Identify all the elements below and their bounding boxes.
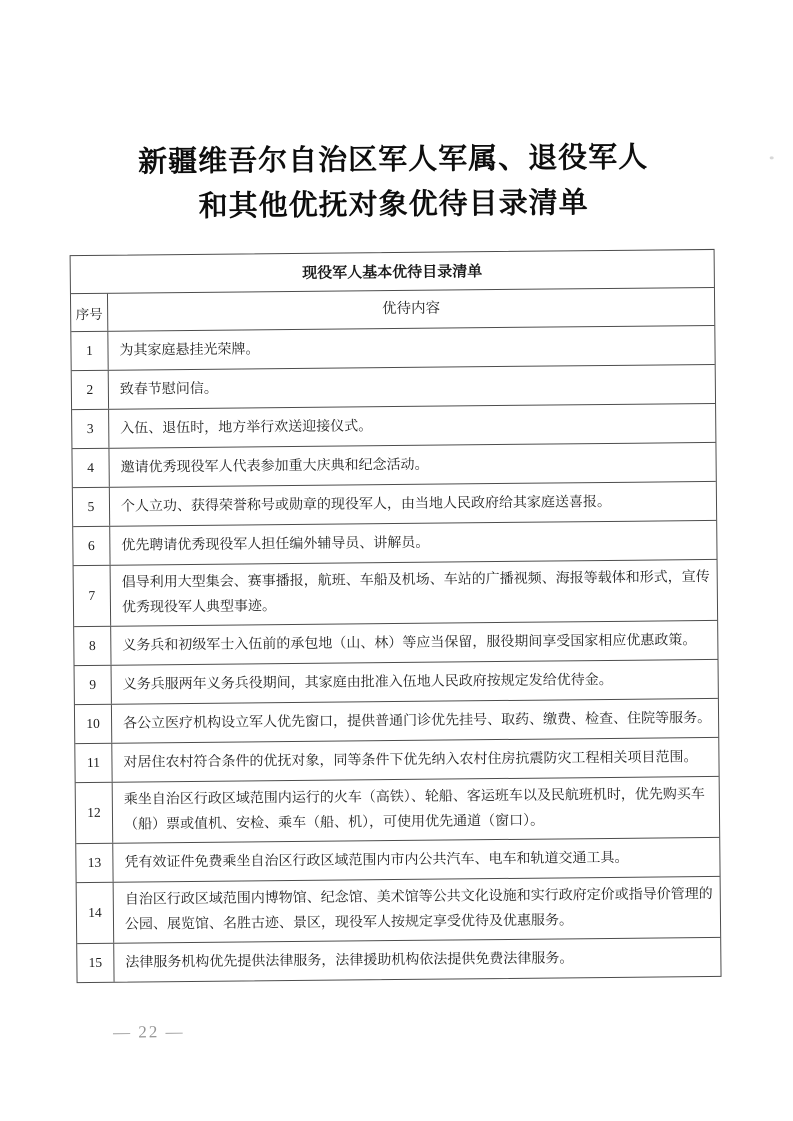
row-content-cell: 倡导利用大型集会、赛事播报，航班、车船及机场、车站的广播视频、海报等载体和形式，… [111, 560, 718, 626]
scanned-sheet: 新疆维吾尔自治区军人军属、退役军人 和其他优抚对象优待目录清单 现役军人基本优待… [0, 0, 793, 1121]
row-number-cell: 2 [72, 371, 109, 409]
row-content-cell: 个人立功、获得荣誉称号或勋章的现役军人，由当地人民政府给其家庭送喜报。 [110, 482, 716, 526]
row-content-cell: 优先聘请优秀现役军人担任编外辅导员、讲解员。 [110, 521, 716, 565]
row-number-cell: 3 [72, 410, 109, 448]
table-row: 13 凭有效证件免费乘坐自治区行政区域范围内市内公共汽车、电车和轨道交通工具。 [76, 837, 719, 882]
document-title-line2: 和其他优抚对象优待目录清单 [0, 179, 790, 232]
table-row: 4 邀请优秀现役军人代表参加重大庆典和纪念活动。 [72, 442, 715, 487]
column-header-no: 序号 [71, 294, 108, 331]
table-row: 14 自治区行政区域范围内博物馆、纪念馆、美术馆等公共文化设施和实行政府定价或指… [77, 876, 721, 943]
row-content-cell: 法律服务机构优先提供法律服务，法律援助机构依法提供免费法律服务。 [114, 938, 720, 982]
row-content-cell: 义务兵服两年义务兵役期间，其家庭由批准入伍地人民政府按规定发给优待金。 [112, 660, 718, 704]
row-content-cell: 自治区行政区域范围内博物馆、纪念馆、美术馆等公共文化设施和实行政府定价或指导价管… [114, 877, 721, 943]
table-row: 3 入伍、退伍时，地方举行欢送迎接仪式。 [72, 403, 715, 448]
row-number-cell: 6 [73, 527, 110, 565]
row-number-cell: 4 [72, 449, 109, 487]
row-number-cell: 8 [74, 627, 111, 665]
row-number-cell: 1 [71, 332, 108, 370]
row-number-cell: 10 [75, 705, 112, 743]
row-number-cell: 15 [77, 944, 114, 982]
row-content-cell: 入伍、退伍时，地方举行欢送迎接仪式。 [109, 404, 715, 448]
table-row: 8 义务兵和初级军士入伍前的承包地（山、林）等应当保留，服役期间享受国家相应优惠… [74, 620, 717, 665]
table-row: 12 乘坐自治区行政区域范围内运行的火车（高铁）、轮船、客运班车以及民航班机时，… [76, 776, 720, 843]
row-number-cell: 11 [75, 744, 112, 782]
table-row: 6 优先聘请优秀现役军人担任编外辅导员、讲解员。 [73, 520, 716, 565]
table-row: 15 法律服务机构优先提供法律服务，法律援助机构依法提供免费法律服务。 [77, 937, 720, 982]
table-row: 2 致春节慰问信。 [72, 364, 715, 409]
row-number-cell: 13 [76, 844, 113, 882]
row-number-cell: 5 [73, 488, 110, 526]
column-header-content: 优待内容 [108, 288, 714, 331]
row-content-cell: 对居住农村符合条件的优抚对象，同等条件下优先纳入农村住房抗震防灾工程相关项目范围… [112, 738, 718, 782]
row-number-cell: 12 [76, 783, 114, 843]
table-column-header-row: 序号 优待内容 [71, 287, 714, 331]
document-page: 新疆维吾尔自治区军人军属、退役军人 和其他优抚对象优待目录清单 现役军人基本优待… [0, 0, 793, 1121]
table-row: 9 义务兵服两年义务兵役期间，其家庭由批准入伍地人民政府按规定发给优待金。 [75, 659, 718, 704]
row-content-cell: 凭有效证件免费乘坐自治区行政区域范围内市内公共汽车、电车和轨道交通工具。 [113, 838, 719, 882]
document-title-line1: 新疆维吾尔自治区军人军属、退役军人 [0, 134, 790, 187]
row-content-cell: 乘坐自治区行政区域范围内运行的火车（高铁）、轮船、客运班车以及民航班机时，优先购… [113, 777, 720, 843]
row-number-cell: 14 [77, 883, 115, 943]
table-title: 现役军人基本优待目录清单 [71, 250, 714, 293]
row-content-cell: 致春节慰问信。 [109, 365, 715, 409]
row-content-cell: 为其家庭悬挂光荣牌。 [108, 326, 714, 370]
row-content-cell: 邀请优秀现役军人代表参加重大庆典和纪念活动。 [109, 443, 715, 487]
table-row: 7 倡导利用大型集会、赛事播报，航班、车船及机场、车站的广播视频、海报等载体和形… [74, 559, 718, 626]
table-row: 5 个人立功、获得荣誉称号或勋章的现役军人，由当地人民政府给其家庭送喜报。 [73, 481, 716, 526]
table-row: 10 各公立医疗机构设立军人优先窗口，提供普通门诊优先挂号、取药、缴费、检查、住… [75, 698, 718, 743]
table-row: 11 对居住农村符合条件的优抚对象，同等条件下优先纳入农村住房抗震防灾工程相关项… [75, 737, 718, 782]
row-number-cell: 9 [75, 666, 112, 704]
document-title: 新疆维吾尔自治区军人军属、退役军人 和其他优抚对象优待目录清单 [0, 134, 790, 232]
table-row: 1 为其家庭悬挂光荣牌。 [71, 325, 714, 370]
row-content-cell: 义务兵和初级军士入伍前的承包地（山、林）等应当保留，服役期间享受国家相应优惠政策… [111, 621, 717, 665]
row-number-cell: 7 [74, 566, 112, 626]
benefits-table: 现役军人基本优待目录清单 序号 优待内容 1 为其家庭悬挂光荣牌。 2 致春节慰… [70, 249, 722, 983]
row-content-cell: 各公立医疗机构设立军人优先窗口，提供普通门诊优先挂号、取药、缴费、检查、住院等服… [112, 699, 718, 743]
page-number: — 22 — [113, 1022, 185, 1043]
scan-speck [770, 156, 774, 159]
